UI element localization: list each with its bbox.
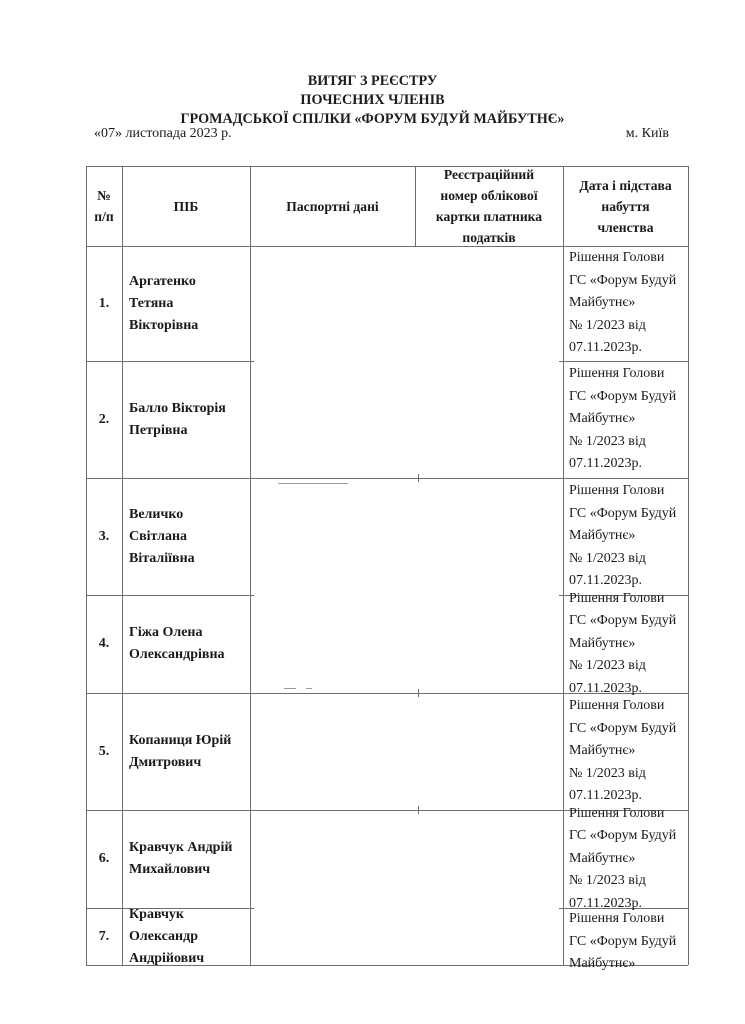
scan-artifact — [306, 688, 312, 689]
passport-data-cell — [250, 478, 415, 595]
text-line: картки платника — [436, 206, 542, 227]
passport-data-cell — [250, 693, 415, 810]
document-date: «07» листопада 2023 р. — [94, 126, 232, 142]
text-line: № 1/2023 від — [569, 431, 676, 454]
member-name: Гіжа ОленаОлександрівна — [122, 595, 250, 693]
text-line: Віталіївна — [129, 548, 195, 570]
text-line: 07.11.2023р. — [569, 453, 676, 476]
header-tax-number: Реєстраційнийномер обліковоїкартки платн… — [415, 166, 563, 246]
column-divider — [688, 166, 689, 965]
tax-number-cell — [415, 810, 563, 908]
text-line: Рішення Голови — [569, 363, 676, 386]
text-line: п/п — [94, 206, 113, 227]
text-line: ГС «Форум Будуй — [569, 503, 676, 526]
row-number: 2. — [86, 361, 122, 478]
member-name: АргатенкоТетянаВікторівна — [122, 246, 250, 361]
tax-number-cell — [415, 595, 563, 693]
text-line: Копаниця Юрій — [129, 730, 231, 752]
text-line: Майбутнє» — [569, 525, 676, 548]
passport-data-cell — [250, 361, 415, 478]
membership-basis: Рішення ГоловиГС «Форум БудуйМайбутнє»№ … — [563, 361, 688, 478]
passport-data-cell — [250, 595, 415, 693]
passport-data-cell — [250, 246, 415, 361]
text-line: № 1/2023 від — [569, 315, 676, 338]
header-num: №п/п — [86, 166, 122, 246]
member-name: Балло ВікторіяПетрівна — [122, 361, 250, 478]
text-line: Андрійович — [129, 948, 204, 970]
title-line-2: ПОЧЕСНИХ ЧЛЕНІВ — [0, 91, 745, 110]
text-line: набуття — [579, 196, 671, 217]
text-line: Гіжа Олена — [129, 622, 225, 644]
text-line: Дата і підстава — [579, 175, 671, 196]
header-name: ПІБ — [122, 166, 250, 246]
row-number: 6. — [86, 810, 122, 908]
tax-number-cell — [415, 693, 563, 810]
tax-number-cell — [415, 908, 563, 965]
text-line: Майбутнє» — [569, 292, 676, 315]
row-number: 1. — [86, 246, 122, 361]
text-line: Майбутнє» — [569, 408, 676, 431]
text-line: Дмитрович — [129, 752, 231, 774]
text-line: податків — [436, 227, 542, 248]
membership-basis: Рішення ГоловиГС «Форум БудуйМайбутнє»№ … — [563, 478, 688, 595]
member-name: Кравчук АндрійМихайлович — [122, 810, 250, 908]
tax-number-cell — [415, 246, 563, 361]
text-line: Михайлович — [129, 859, 232, 881]
text-line: ГС «Форум Будуй — [569, 270, 676, 293]
text-line: Рішення Голови — [569, 247, 676, 270]
text-line: Світлана — [129, 526, 195, 548]
text-line: Олександрівна — [129, 644, 225, 666]
row-number: 4. — [86, 595, 122, 693]
row-number: 3. — [86, 478, 122, 595]
tax-number-cell — [415, 478, 563, 595]
text-line: Рішення Голови — [569, 695, 676, 718]
text-line: № 1/2023 від — [569, 870, 676, 893]
text-line: № 1/2023 від — [569, 763, 676, 786]
text-line: Рішення Голови — [569, 588, 676, 611]
member-name: Копаниця ЮрійДмитрович — [122, 693, 250, 810]
membership-basis: Рішення ГоловиГС «Форум БудуйМайбутнє»№ … — [563, 595, 688, 693]
text-line: Рішення Голови — [569, 803, 676, 826]
text-line: членства — [579, 217, 671, 238]
title-line-1: ВИТЯГ З РЕЄСТРУ — [0, 72, 745, 91]
text-line: Вікторівна — [129, 315, 198, 337]
text-line: Балло Вікторія — [129, 398, 226, 420]
text-line: Майбутнє» — [569, 740, 676, 763]
text-line: ГС «Форум Будуй — [569, 931, 676, 954]
membership-basis: Рішення ГоловиГС «Форум БудуйМайбутнє»№ … — [563, 246, 688, 361]
text-line: Кравчук — [129, 904, 204, 926]
text-line: Аргатенко — [129, 271, 198, 293]
text-line: Петрівна — [129, 420, 226, 442]
text-line: ГС «Форум Будуй — [569, 386, 676, 409]
text-line: Реєстраційний — [436, 164, 542, 185]
text-line: номер облікової — [436, 185, 542, 206]
text-line: ГС «Форум Будуй — [569, 825, 676, 848]
text-line: Рішення Голови — [569, 480, 676, 503]
text-line: Тетяна — [129, 293, 198, 315]
row-number: 5. — [86, 693, 122, 810]
membership-basis: Рішення ГоловиГС «Форум БудуйМайбутнє» — [563, 908, 688, 965]
membership-basis: Рішення ГоловиГС «Форум БудуйМайбутнє»№ … — [563, 693, 688, 810]
header-membership-basis: Дата і підставанабуттячленства — [563, 166, 688, 246]
scan-artifact — [278, 483, 348, 484]
row-number: 7. — [86, 908, 122, 965]
text-line: 07.11.2023р. — [569, 337, 676, 360]
text-line: Майбутнє» — [569, 633, 676, 656]
membership-basis: Рішення ГоловиГС «Форум БудуйМайбутнє»№ … — [563, 810, 688, 908]
text-line: Рішення Голови — [569, 908, 676, 931]
text-line: ГС «Форум Будуй — [569, 610, 676, 633]
scan-artifact — [284, 688, 296, 689]
tax-number-cell — [415, 361, 563, 478]
text-line: Кравчук Андрій — [129, 837, 232, 859]
text-line: Майбутнє» — [569, 953, 676, 976]
document-title: ВИТЯГ З РЕЄСТРУ ПОЧЕСНИХ ЧЛЕНІВ ГРОМАДСЬ… — [0, 72, 745, 129]
text-line: Величко — [129, 504, 195, 526]
text-line: ГС «Форум Будуй — [569, 718, 676, 741]
text-line: № — [94, 185, 113, 206]
member-name: ВеличкоСвітланаВіталіївна — [122, 478, 250, 595]
passport-data-cell — [250, 810, 415, 908]
member-name: КравчукОлександрАндрійович — [122, 908, 250, 965]
text-line: Олександр — [129, 926, 204, 948]
text-line: № 1/2023 від — [569, 548, 676, 571]
header-passport: Паспортні дані — [250, 166, 415, 246]
passport-data-cell — [250, 908, 415, 965]
text-line: № 1/2023 від — [569, 655, 676, 678]
document-city: м. Київ — [626, 126, 669, 142]
text-line: Майбутнє» — [569, 848, 676, 871]
